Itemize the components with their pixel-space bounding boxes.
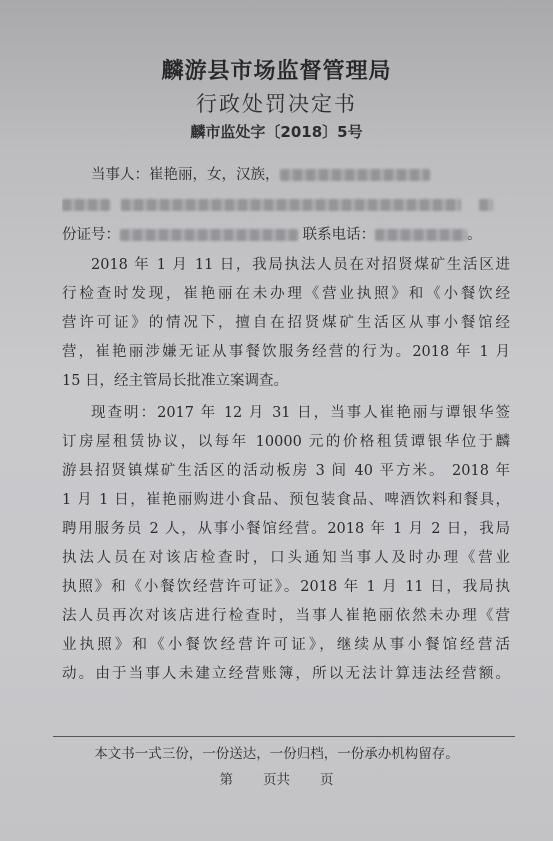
- page-label-di: 第: [220, 768, 234, 792]
- party-line-3: 份证号： 联系电话：。: [62, 221, 510, 250]
- page-label-ye: 页: [320, 768, 334, 792]
- redacted-phone: [375, 229, 467, 241]
- party-line-1: 当事人：崔艳丽，女，汉族，: [62, 161, 510, 190]
- id-number-label: 份证号：: [62, 227, 120, 243]
- paragraph-1-line-4: 营，崔艳丽涉嫌无证从事餐饮服务经营的行为。2018 年 1 月: [62, 338, 510, 367]
- paragraph-1-line-3: 营许可证》的情况下，擅自在招贤煤矿生活区从事小餐馆经: [62, 309, 510, 338]
- agency-name: 麟游县市场监督管理局: [0, 57, 553, 87]
- party-name-gender-ethnicity: 当事人：崔艳丽，女，汉族，: [91, 167, 280, 183]
- document-title: 行政处罚决定书: [0, 89, 553, 119]
- redacted-address-part1: [62, 199, 110, 211]
- paragraph-2-line-2: 订房屋租赁协议，以每年 10000 元的价格租赁谭银华位于麟: [62, 428, 510, 457]
- paragraph-2-line-3: 游县招贤镇煤矿生活区的活动板房 3 间 40 平方米。 2018 年: [62, 457, 510, 486]
- paragraph-2-line-9: 业执照》和《小餐饮经营许可证》，继续从事小餐馆经营活: [62, 631, 510, 660]
- redacted-birth-info: [280, 169, 430, 181]
- paragraph-1-line-5: 15 日，经主管局长批准立案调查。: [62, 367, 510, 396]
- redacted-address-part2: [121, 199, 461, 211]
- punctuation: 。: [467, 227, 482, 243]
- page-number-line: 第页共页: [0, 768, 553, 792]
- footer-divider: [53, 736, 515, 737]
- copies-note: 本文书一式三份，一份送达，一份归档，一份承办机构留存。: [0, 742, 553, 766]
- paragraph-2-line-7: 执照》和《小餐饮经营许可证》。2018 年 1 月 11 日，我局执: [62, 573, 510, 602]
- paragraph-2-line-10: 动。由于当事人未建立经营账簿，所以无法计算违法经营额。: [62, 660, 510, 689]
- contact-phone-label: 联系电话：: [303, 227, 376, 243]
- page-label-ye-gong: 页共: [263, 768, 290, 792]
- party-line-2: [62, 191, 510, 220]
- paragraph-2-line-1: 现查明：2017 年 12 月 31 日，当事人崔艳丽与谭银华签: [62, 399, 510, 428]
- paragraph-1-line-2: 行检查时发现，崔艳丽在未办理《营业执照》和《小餐饮经: [62, 280, 510, 309]
- paragraph-2-line-6: 执法人员在对该店检查时，口头通知当事人及时办理《营业: [62, 544, 510, 573]
- paragraph-2-line-4: 1 月 1 日，崔艳丽购进小食品、预包装食品、啤酒饮料和餐具，: [62, 486, 510, 515]
- redacted-id-number: [120, 229, 298, 241]
- redacted-address-part3: [479, 199, 493, 211]
- paragraph-2-line-8: 法人员再次对该店进行检查时，当事人崔艳丽依然未办理《营: [62, 602, 510, 631]
- document-number: 麟市监处字〔2018〕5号: [0, 121, 553, 143]
- paragraph-2-line-5: 聘用服务员 2 人，从事小餐馆经营。2018 年 1 月 2 日，我局: [62, 515, 510, 544]
- document-page: 麟游县市场监督管理局 行政处罚决定书 麟市监处字〔2018〕5号 当事人：崔艳丽…: [0, 0, 553, 841]
- title-block: 麟游县市场监督管理局 行政处罚决定书 麟市监处字〔2018〕5号: [0, 57, 553, 143]
- paragraph-1-line-1: 2018 年 1 月 11 日，我局执法人员在对招贤煤矿生活区进: [62, 251, 510, 280]
